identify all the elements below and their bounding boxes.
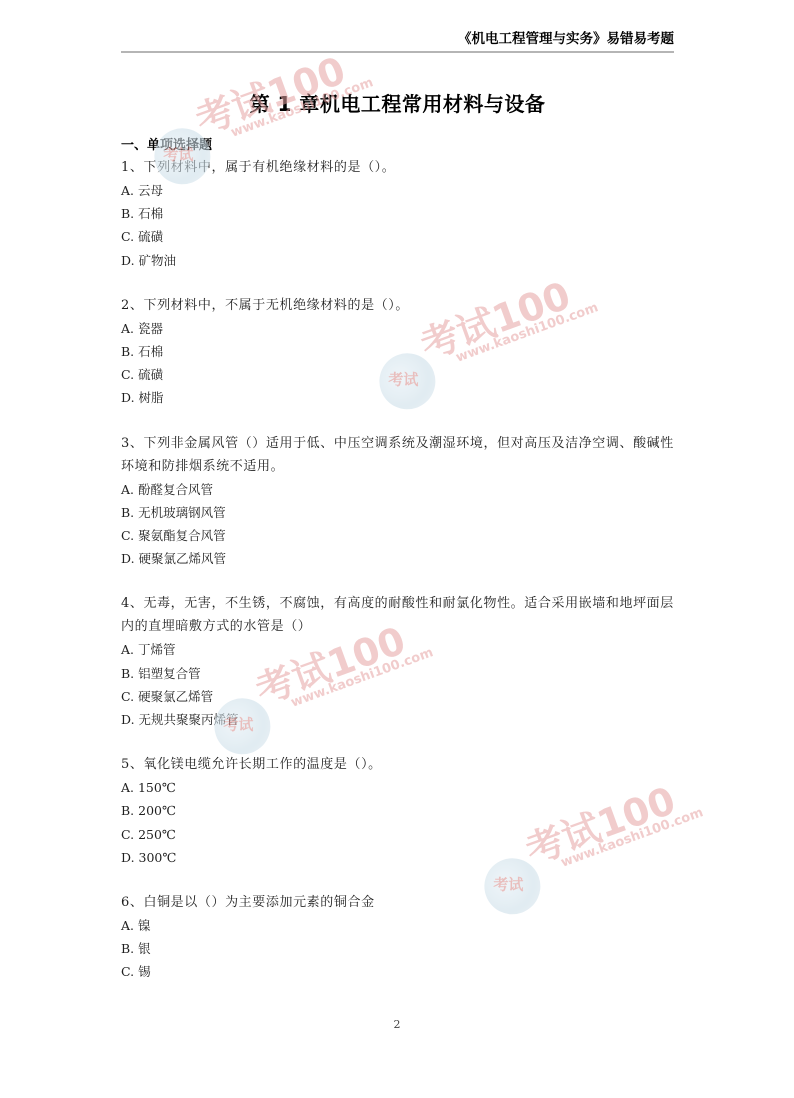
option-d: D. 无规共聚聚丙烯管 (121, 708, 677, 731)
question-6: 6、白铜是以（）为主要添加元素的铜合金 A. 镍 B. 银 C. 锡 (121, 891, 677, 984)
question-1: 1、下列材料中，属于有机绝缘材料的是（）。 A. 云母 B. 石棉 C. 硫磺 … (121, 156, 677, 272)
option-a: A. 酚醛复合风管 (121, 478, 677, 501)
option-b: B. 石棉 (121, 340, 677, 363)
option-b: B. 铝塑复合管 (121, 662, 677, 685)
question-stem: 2、下列材料中，不属于无机绝缘材料的是（）。 (121, 294, 677, 317)
question-4: 4、无毒，无害，不生锈，不腐蚀，有高度的耐酸性和耐氯化物性。适合采用嵌墙和地坪面… (121, 592, 677, 731)
question-stem: 1、下列材料中，属于有机绝缘材料的是（）。 (121, 156, 677, 179)
question-stem: 3、下列非金属风管（）适用于低、中压空调系统及潮湿环境，但对高压及洁净空调、酸碱… (121, 432, 677, 478)
question-list: 1、下列材料中，属于有机绝缘材料的是（）。 A. 云母 B. 石棉 C. 硫磺 … (121, 156, 677, 1006)
running-header: 《机电工程管理与实务》易错易考题 (121, 30, 674, 48)
option-c: C. 聚氨酯复合风管 (121, 524, 677, 547)
question-3: 3、下列非金属风管（）适用于低、中压空调系统及潮湿环境，但对高压及洁净空调、酸碱… (121, 432, 677, 571)
option-c: C. 硫磺 (121, 225, 677, 248)
option-a: A. 150℃ (121, 776, 677, 799)
option-d: D. 硬聚氯乙烯风管 (121, 547, 677, 570)
option-b: B. 银 (121, 937, 677, 960)
page-number: 2 (0, 1018, 794, 1031)
option-c: C. 硫磺 (121, 363, 677, 386)
option-c: C. 锡 (121, 960, 677, 983)
option-c: C. 硬聚氯乙烯管 (121, 685, 677, 708)
question-stem: 4、无毒，无害，不生锈，不腐蚀，有高度的耐酸性和耐氯化物性。适合采用嵌墙和地坪面… (121, 592, 677, 638)
option-b: B. 无机玻璃钢风管 (121, 501, 677, 524)
option-b: B. 石棉 (121, 202, 677, 225)
section-heading: 一、单项选择题 (121, 134, 212, 153)
option-a: A. 丁烯管 (121, 638, 677, 661)
option-a: A. 瓷器 (121, 317, 677, 340)
chapter-title: 第 1 章机电工程常用材料与设备 (121, 88, 674, 117)
header-divider (121, 51, 674, 53)
question-stem: 5、氧化镁电缆允许长期工作的温度是（）。 (121, 753, 677, 776)
option-d: D. 树脂 (121, 386, 677, 409)
option-d: D. 矿物油 (121, 249, 677, 272)
question-stem: 6、白铜是以（）为主要添加元素的铜合金 (121, 891, 677, 914)
option-b: B. 200℃ (121, 799, 677, 822)
question-5: 5、氧化镁电缆允许长期工作的温度是（）。 A. 150℃ B. 200℃ C. … (121, 753, 677, 869)
option-a: A. 云母 (121, 179, 677, 202)
question-2: 2、下列材料中，不属于无机绝缘材料的是（）。 A. 瓷器 B. 石棉 C. 硫磺… (121, 294, 677, 410)
option-c: C. 250℃ (121, 823, 677, 846)
option-d: D. 300℃ (121, 846, 677, 869)
option-a: A. 镍 (121, 914, 677, 937)
